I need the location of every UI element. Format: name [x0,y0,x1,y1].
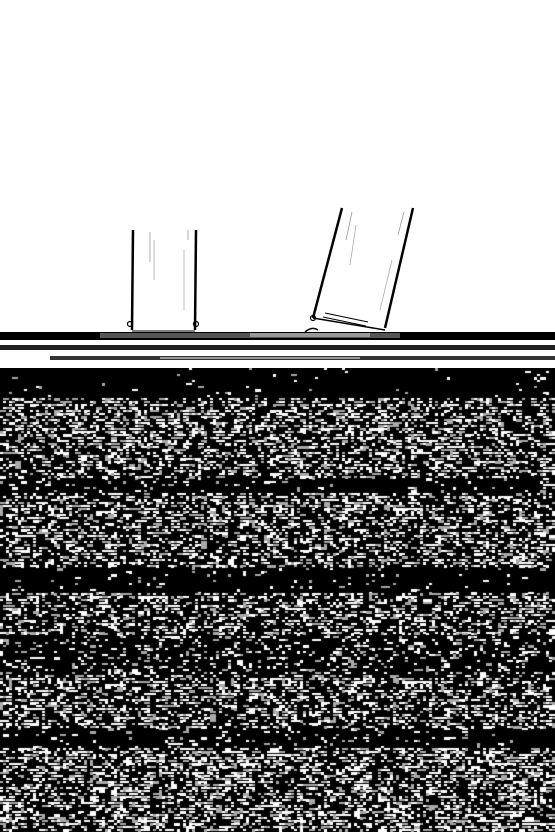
noise-texture [0,368,555,832]
ledge [0,332,555,368]
